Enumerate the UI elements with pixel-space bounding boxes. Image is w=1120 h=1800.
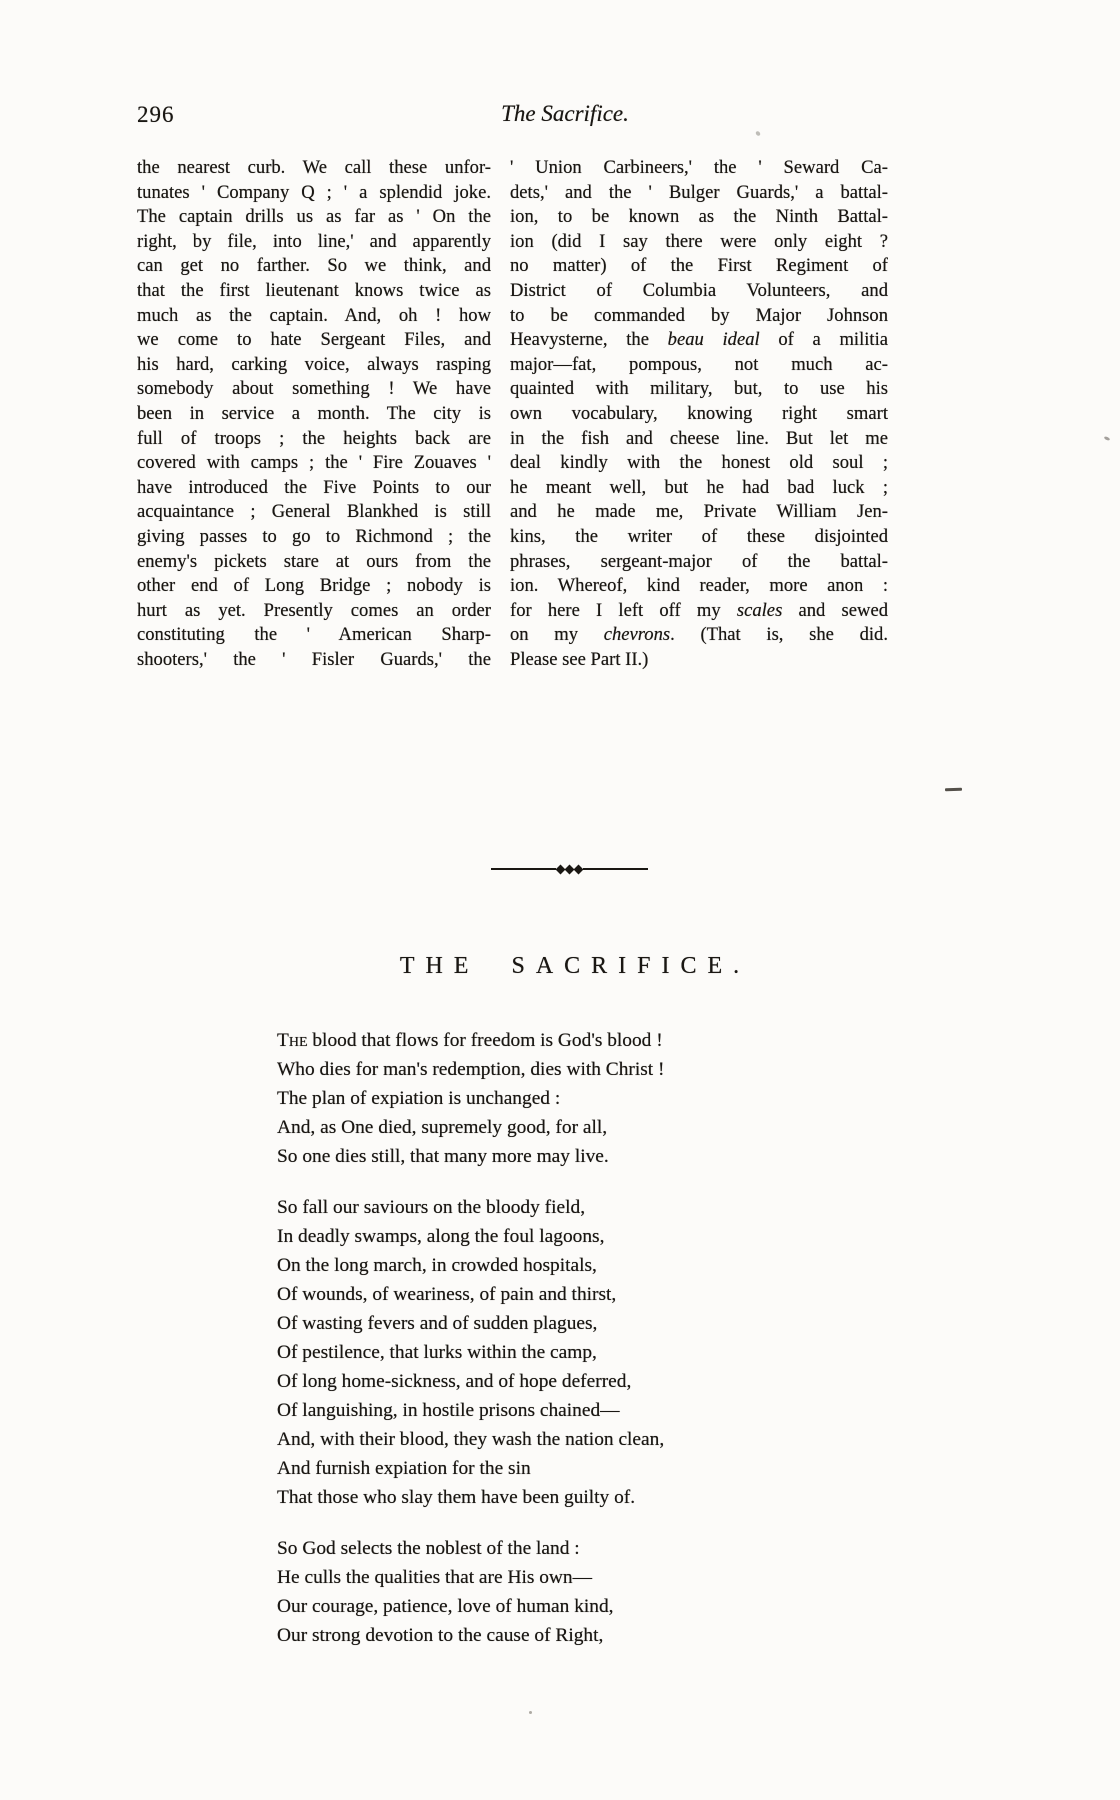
text-line: he meant well, but he had bad luck ; <box>510 476 888 501</box>
text-line: So one dies still, that many more may li… <box>277 1142 797 1171</box>
text-line: The captain drills us as far as ' On the <box>137 205 491 230</box>
text-line: That those who slay them have been guilt… <box>277 1483 797 1512</box>
text-line: So God selects the noblest of the land : <box>277 1534 797 1563</box>
text-line: Of long home-sickness, and of hope defer… <box>277 1367 797 1396</box>
text-line: major—fat, pompous, not much ac- <box>510 353 888 378</box>
text-line: And furnish expiation for the sin <box>277 1454 797 1483</box>
text-line: and he made me, Private William Jen- <box>510 500 888 525</box>
text-line: no matter) of the First Regiment of <box>510 254 888 279</box>
text-line: The plan of expiation is unchanged : <box>277 1084 797 1113</box>
text-line: Heavysterne, the beau ideal of a militia <box>510 328 888 353</box>
text-line: shooters,' the ' Fisler Guards,' the <box>137 648 491 673</box>
text-line: Of wounds, of weariness, of pain and thi… <box>277 1280 797 1309</box>
text-line: kins, the writer of these disjointed <box>510 525 888 550</box>
text-line: Please see Part II.) <box>510 648 888 673</box>
text-line: The blood that flows for freedom is God'… <box>277 1026 797 1055</box>
poem-stanza: The blood that flows for freedom is God'… <box>277 1026 797 1171</box>
scan-artifact-speck <box>1104 436 1111 441</box>
text-line: somebody about something ! We have <box>137 377 491 402</box>
text-line: can get no farther. So we think, and <box>137 254 491 279</box>
text-line: In deadly swamps, along the foul lagoons… <box>277 1222 797 1251</box>
italic-text: chevrons <box>604 624 670 645</box>
text-line: District of Columbia Volunteers, and <box>510 279 888 304</box>
text-line: his hard, carking voice, always rasping <box>137 353 491 378</box>
text-line: hurt as yet. Presently comes an order <box>137 599 491 624</box>
text-line: ion, to be known as the Ninth Battal- <box>510 205 888 230</box>
text-line: So fall our saviours on the bloody field… <box>277 1193 797 1222</box>
text-line: other end of Long Bridge ; nobody is <box>137 574 491 599</box>
text-line: And, as One died, supremely good, for al… <box>277 1113 797 1142</box>
text-line: Of wasting fevers and of sudden plagues, <box>277 1309 797 1338</box>
italic-text: scales <box>737 600 782 621</box>
text-line: tunates ' Company Q ; ' a splendid joke. <box>137 181 491 206</box>
text-line: Of pestilence, that lurks within the cam… <box>277 1338 797 1367</box>
poem-stanza: So fall our saviours on the bloody field… <box>277 1193 797 1512</box>
text-line: ion (did I say there were only eight ? <box>510 230 888 255</box>
text-line: the nearest curb. We call these unfor- <box>137 156 491 181</box>
text-line: own vocabulary, knowing right smart <box>510 402 888 427</box>
text-line: we come to hate Sergeant Files, and <box>137 328 491 353</box>
text-line: quainted with military, but, to use his <box>510 377 888 402</box>
text-line: deal kindly with the honest old soul ; <box>510 451 888 476</box>
text-line: ion. Whereof, kind reader, more anon : <box>510 574 888 599</box>
poem-stanza: So God selects the noblest of the land :… <box>277 1534 797 1650</box>
text-line: Our strong devotion to the cause of Righ… <box>277 1621 797 1650</box>
text-line: that the first lieutenant knows twice as <box>137 279 491 304</box>
text-line: full of troops ; the heights back are <box>137 427 491 452</box>
text-line: been in service a month. The city is <box>137 402 491 427</box>
divider-rule-right <box>583 868 648 870</box>
text-line: to be commanded by Major Johnson <box>510 304 888 329</box>
text-line: ' Union Carbineers,' the ' Seward Ca- <box>510 156 888 181</box>
running-title: The Sacrifice. <box>0 101 1120 127</box>
scan-artifact-speck <box>529 1711 532 1714</box>
italic-text: beau ideal <box>668 329 760 350</box>
scan-artifact-dash <box>945 788 962 791</box>
text-line: have introduced the Five Points to our <box>137 476 491 501</box>
text-line: much as the captain. And, oh ! how <box>137 304 491 329</box>
book-page: 296 The Sacrifice. the nearest curb. We … <box>0 0 1120 1800</box>
text-line: acquaintance ; General Blankhed is still <box>137 500 491 525</box>
poem-title: THE SACRIFICE. <box>0 953 1120 980</box>
text-line: And, with their blood, they wash the nat… <box>277 1425 797 1454</box>
text-line: giving passes to go to Richmond ; the <box>137 525 491 550</box>
text-line: on my chevrons. (That is, she did. <box>510 623 888 648</box>
divider-rule-left <box>491 868 556 870</box>
section-divider <box>491 863 648 875</box>
smallcaps-text: The <box>277 1030 308 1051</box>
text-line: Who dies for man's redemption, dies with… <box>277 1055 797 1084</box>
text-line: in the fish and cheese line. But let me <box>510 427 888 452</box>
text-line: covered with camps ; the ' Fire Zouaves … <box>137 451 491 476</box>
text-line: enemy's pickets stare at ours from the <box>137 550 491 575</box>
text-line: dets,' and the ' Bulger Guards,' a batta… <box>510 181 888 206</box>
article-right-column: ' Union Carbineers,' the ' Seward Ca-det… <box>510 156 888 672</box>
poem: The blood that flows for freedom is God'… <box>277 1026 797 1672</box>
diamond-icon <box>574 864 584 874</box>
text-line: Our courage, patience, love of human kin… <box>277 1592 797 1621</box>
article-left-column: the nearest curb. We call these unfor-tu… <box>137 156 491 672</box>
text-line: He culls the qualities that are His own— <box>277 1563 797 1592</box>
scan-artifact-speck <box>755 130 761 136</box>
text-line: right, by file, into line,' and apparent… <box>137 230 491 255</box>
text-line: On the long march, in crowded hospitals, <box>277 1251 797 1280</box>
text-line: for here I left off my scales and sewed <box>510 599 888 624</box>
text-line: Of languishing, in hostile prisons chain… <box>277 1396 797 1425</box>
text-line: constituting the ' American Sharp- <box>137 623 491 648</box>
text-line: phrases, sergeant-major of the battal- <box>510 550 888 575</box>
